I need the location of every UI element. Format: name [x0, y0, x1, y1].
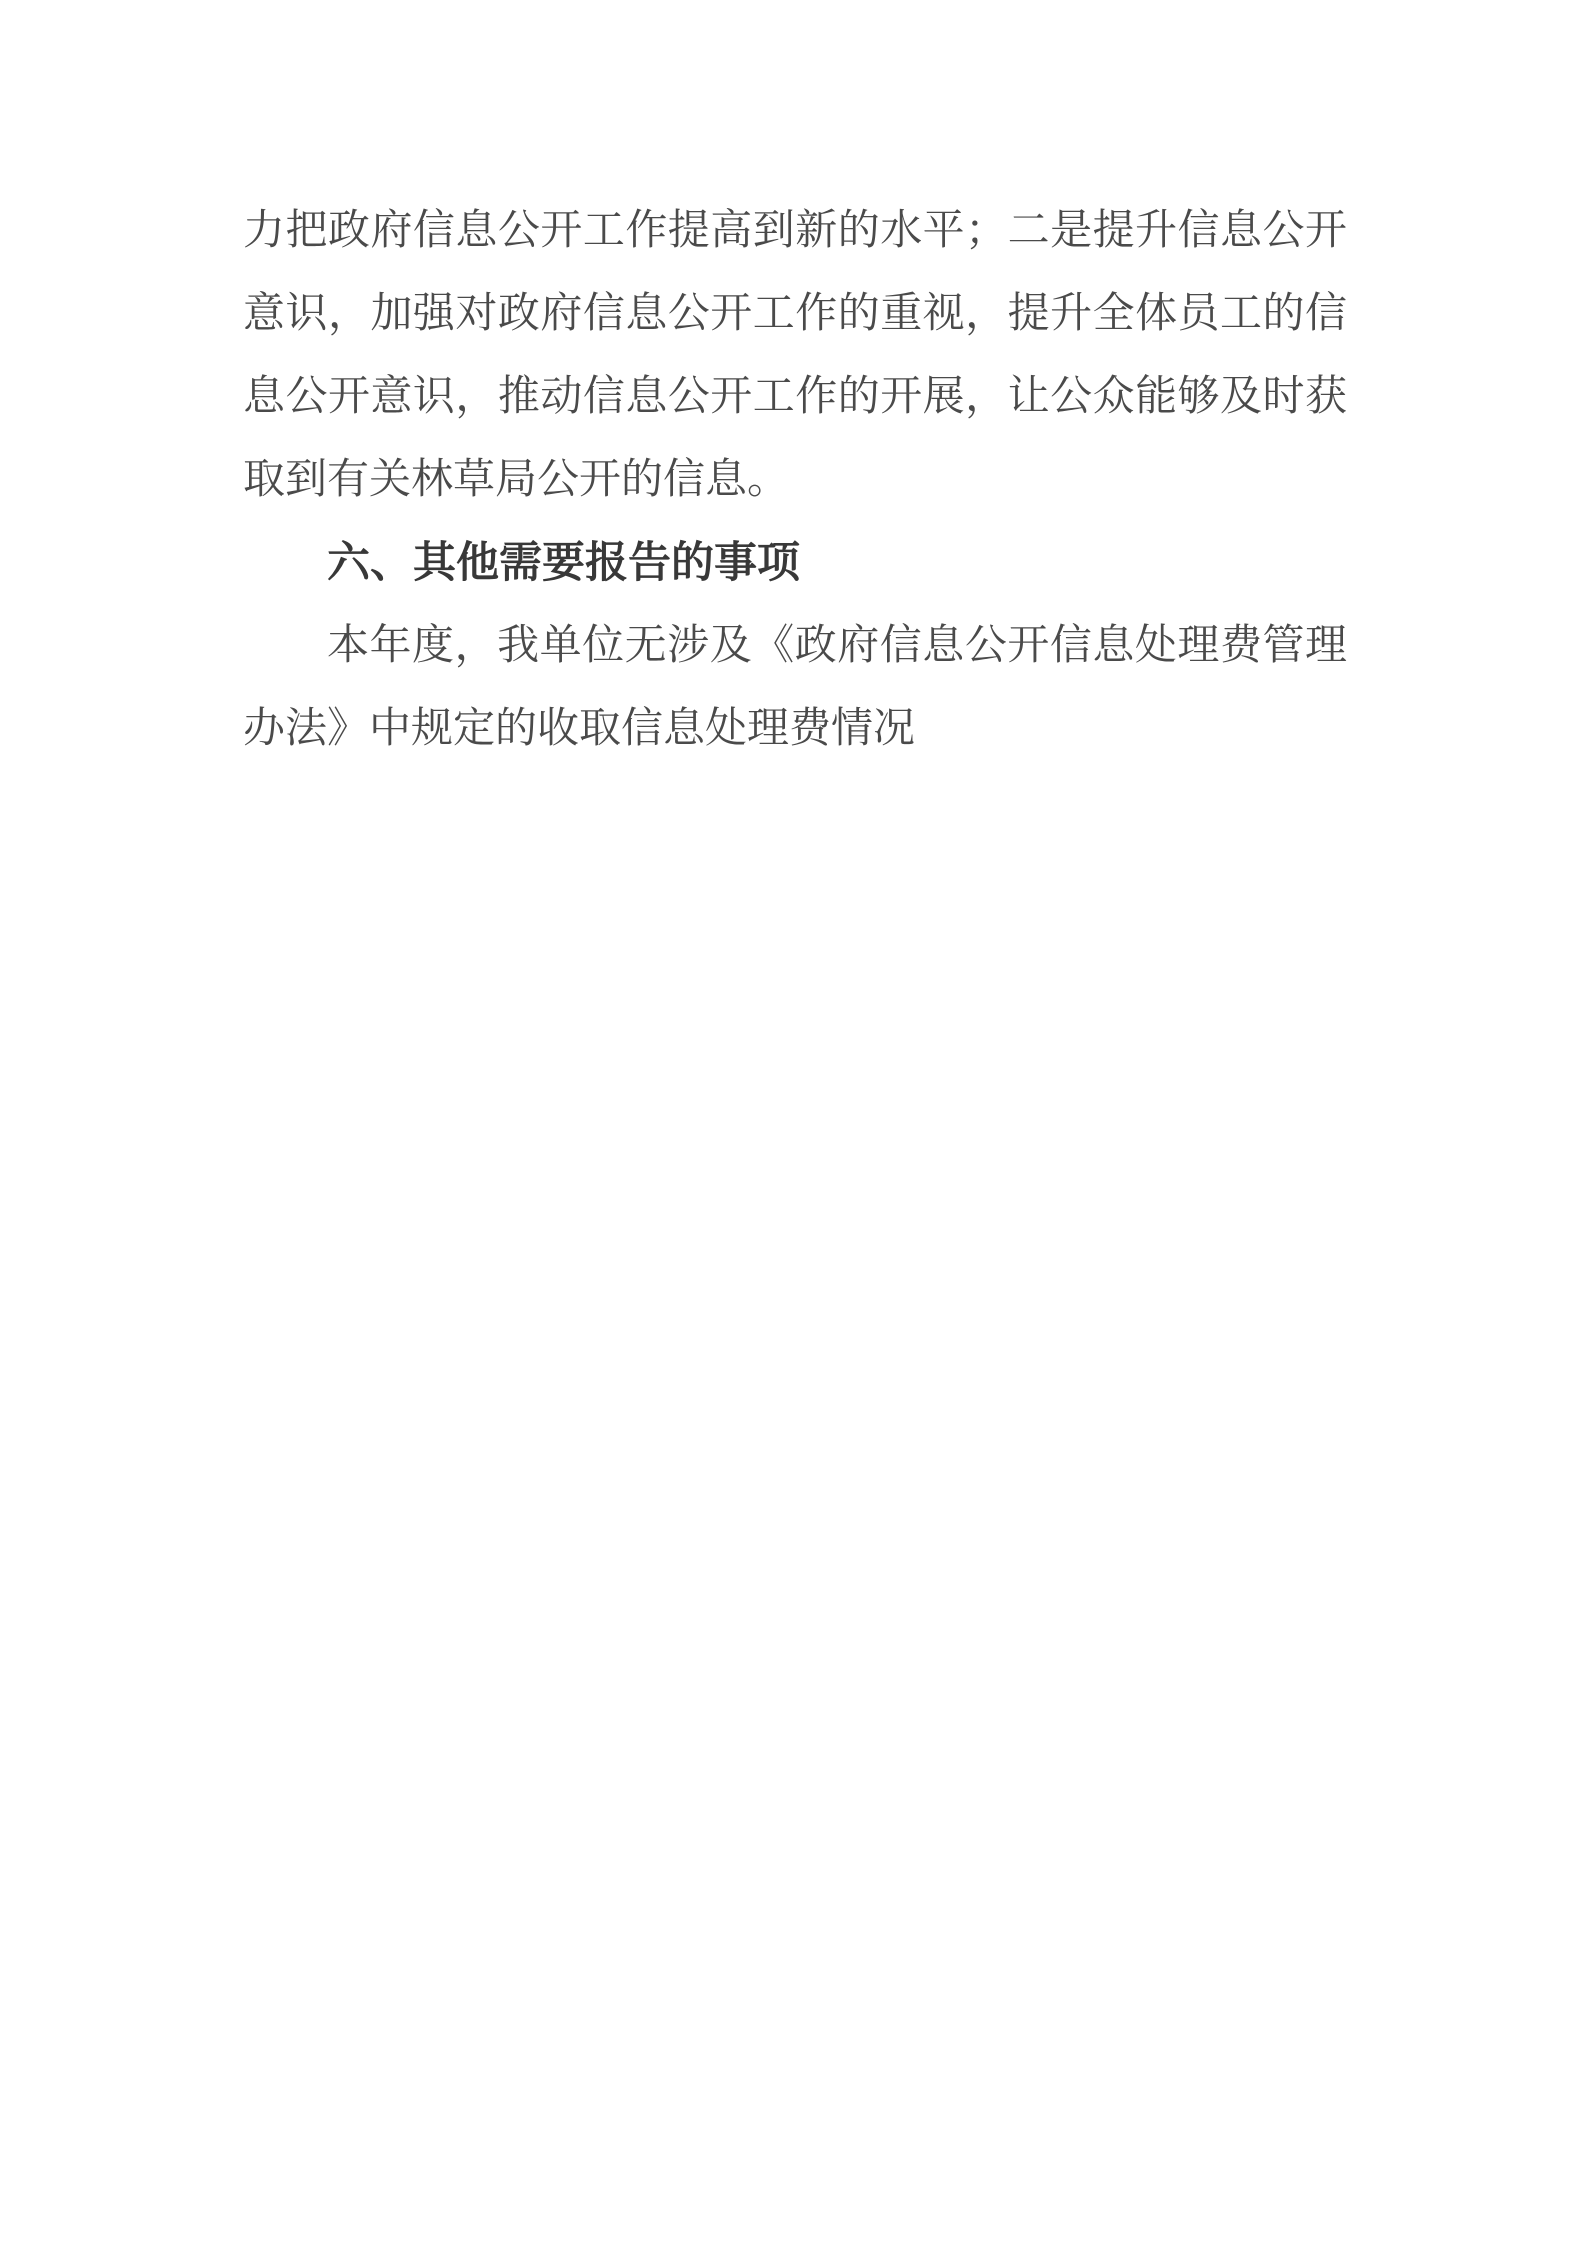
paragraph-continuation-line-4: 取到有关林草局公开的信息。	[243, 439, 1347, 522]
section-heading-other-matters: 六、其他需要报告的事项	[243, 522, 1347, 605]
report-text-block: 力把政府信息公开工作提高到新的水平；二是提升信息公开 意识，加强对政府信息公开工…	[243, 190, 1347, 771]
paragraph-continuation-line-3: 息公开意识，推动信息公开工作的开展，让公众能够及时获	[243, 356, 1347, 439]
document-page: 力把政府信息公开工作提高到新的水平；二是提升信息公开 意识，加强对政府信息公开工…	[0, 0, 1587, 2245]
paragraph-other-matters-line-2: 办法》中规定的收取信息处理费情况	[243, 688, 1347, 771]
paragraph-continuation-line-2: 意识，加强对政府信息公开工作的重视，提升全体员工的信	[243, 273, 1347, 356]
paragraph-other-matters-line-1: 本年度，我单位无涉及《政府信息公开信息处理费管理	[243, 605, 1347, 688]
paragraph-continuation-line-1: 力把政府信息公开工作提高到新的水平；二是提升信息公开	[243, 190, 1347, 273]
